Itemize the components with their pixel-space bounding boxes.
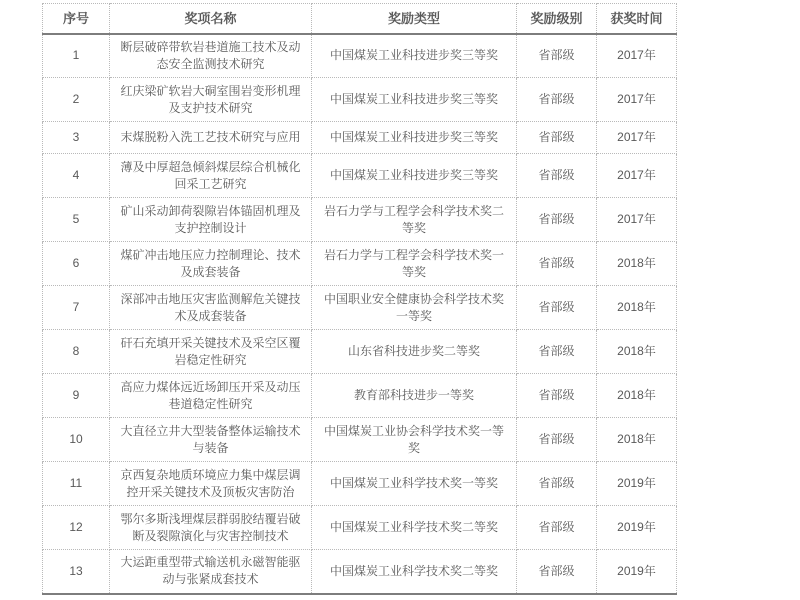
cell-award-year: 2017年 xyxy=(597,122,677,154)
table-row: 1 断层破碎带软岩巷道施工技术及动态安全监测技术研究 中国煤炭工业科技进步奖三等… xyxy=(43,34,677,78)
cell-award-type: 中国煤炭工业科技进步奖三等奖 xyxy=(312,34,517,78)
cell-award-year: 2018年 xyxy=(597,242,677,286)
cell-award-type: 中国煤炭工业科学技术奖二等奖 xyxy=(312,550,517,594)
cell-award-name: 薄及中厚超急倾斜煤层综合机械化回采工艺研究 xyxy=(110,154,312,198)
cell-seq: 2 xyxy=(43,78,110,122)
cell-award-year: 2018年 xyxy=(597,330,677,374)
cell-award-year: 2019年 xyxy=(597,506,677,550)
cell-award-name: 末煤脱粉入洗工艺技术研究与应用 xyxy=(110,122,312,154)
table-row: 4 薄及中厚超急倾斜煤层综合机械化回采工艺研究 中国煤炭工业科技进步奖三等奖 省… xyxy=(43,154,677,198)
cell-award-type: 中国煤炭工业协会科学技术奖一等奖 xyxy=(312,418,517,462)
table-row: 11 京西复杂地质环境应力集中煤层调控开采关键技术及顶板灾害防治 中国煤炭工业科… xyxy=(43,462,677,506)
table-row: 10 大直径立井大型装备整体运输技术与装备 中国煤炭工业协会科学技术奖一等奖 省… xyxy=(43,418,677,462)
cell-award-year: 2018年 xyxy=(597,286,677,330)
cell-award-name: 煤矿冲击地压应力控制理论、技术及成套装备 xyxy=(110,242,312,286)
cell-award-level: 省部级 xyxy=(517,330,597,374)
table-row: 2 红庆梁矿软岩大硐室围岩变形机理及支护技术研究 中国煤炭工业科技进步奖三等奖 … xyxy=(43,78,677,122)
column-header-award-type: 奖励类型 xyxy=(312,4,517,34)
cell-award-name: 京西复杂地质环境应力集中煤层调控开采关键技术及顶板灾害防治 xyxy=(110,462,312,506)
cell-seq: 6 xyxy=(43,242,110,286)
cell-award-type: 中国煤炭工业科技进步奖三等奖 xyxy=(312,122,517,154)
column-header-seq: 序号 xyxy=(43,4,110,34)
cell-award-level: 省部级 xyxy=(517,242,597,286)
table-row: 13 大运距重型带式输送机永磁智能驱动与张紧成套技术 中国煤炭工业科学技术奖二等… xyxy=(43,550,677,594)
cell-award-level: 省部级 xyxy=(517,550,597,594)
cell-seq: 1 xyxy=(43,34,110,78)
cell-seq: 13 xyxy=(43,550,110,594)
table-row: 9 高应力煤体远近场卸压开采及动压巷道稳定性研究 教育部科技进步一等奖 省部级 … xyxy=(43,374,677,418)
cell-award-type: 教育部科技进步一等奖 xyxy=(312,374,517,418)
cell-seq: 5 xyxy=(43,198,110,242)
cell-seq: 12 xyxy=(43,506,110,550)
table-row: 6 煤矿冲击地压应力控制理论、技术及成套装备 岩石力学与工程学会科学技术奖一等奖… xyxy=(43,242,677,286)
cell-award-year: 2017年 xyxy=(597,78,677,122)
cell-award-level: 省部级 xyxy=(517,462,597,506)
cell-award-level: 省部级 xyxy=(517,506,597,550)
cell-award-year: 2017年 xyxy=(597,198,677,242)
cell-award-type: 岩石力学与工程学会科学技术奖一等奖 xyxy=(312,242,517,286)
cell-seq: 7 xyxy=(43,286,110,330)
cell-award-year: 2019年 xyxy=(597,462,677,506)
cell-award-level: 省部级 xyxy=(517,198,597,242)
cell-award-name: 深部冲击地压灾害监测解危关键技术及成套装备 xyxy=(110,286,312,330)
cell-seq: 8 xyxy=(43,330,110,374)
table-row: 12 鄂尔多斯浅埋煤层群弱胶结覆岩破断及裂隙演化与灾害控制技术 中国煤炭工业科学… xyxy=(43,506,677,550)
table-row: 7 深部冲击地压灾害监测解危关键技术及成套装备 中国职业安全健康协会科学技术奖一… xyxy=(43,286,677,330)
cell-award-type: 中国煤炭工业科技进步奖三等奖 xyxy=(312,78,517,122)
cell-award-year: 2019年 xyxy=(597,550,677,594)
cell-award-year: 2018年 xyxy=(597,418,677,462)
cell-award-type: 中国煤炭工业科技进步奖三等奖 xyxy=(312,154,517,198)
cell-seq: 9 xyxy=(43,374,110,418)
awards-table: 序号 奖项名称 奖励类型 奖励级别 获奖时间 1 断层破碎带软岩巷道施工技术及动… xyxy=(42,3,677,595)
table-row: 5 矿山采动卸荷裂隙岩体锚固机理及支护控制设计 岩石力学与工程学会科学技术奖二等… xyxy=(43,198,677,242)
cell-seq: 4 xyxy=(43,154,110,198)
column-header-award-name: 奖项名称 xyxy=(110,4,312,34)
cell-award-name: 矸石充填开采关键技术及采空区覆岩稳定性研究 xyxy=(110,330,312,374)
cell-award-type: 中国职业安全健康协会科学技术奖一等奖 xyxy=(312,286,517,330)
column-header-award-year: 获奖时间 xyxy=(597,4,677,34)
cell-award-type: 岩石力学与工程学会科学技术奖二等奖 xyxy=(312,198,517,242)
cell-award-year: 2017年 xyxy=(597,34,677,78)
header-row: 序号 奖项名称 奖励类型 奖励级别 获奖时间 xyxy=(43,4,677,34)
column-header-award-level: 奖励级别 xyxy=(517,4,597,34)
cell-seq: 3 xyxy=(43,122,110,154)
awards-table-page: 序号 奖项名称 奖励类型 奖励级别 获奖时间 1 断层破碎带软岩巷道施工技术及动… xyxy=(0,0,800,600)
cell-award-type: 中国煤炭工业科学技术奖一等奖 xyxy=(312,462,517,506)
cell-award-level: 省部级 xyxy=(517,122,597,154)
cell-award-name: 断层破碎带软岩巷道施工技术及动态安全监测技术研究 xyxy=(110,34,312,78)
cell-award-name: 大直径立井大型装备整体运输技术与装备 xyxy=(110,418,312,462)
cell-award-year: 2017年 xyxy=(597,154,677,198)
cell-award-year: 2018年 xyxy=(597,374,677,418)
cell-award-name: 大运距重型带式输送机永磁智能驱动与张紧成套技术 xyxy=(110,550,312,594)
cell-award-name: 红庆梁矿软岩大硐室围岩变形机理及支护技术研究 xyxy=(110,78,312,122)
cell-award-level: 省部级 xyxy=(517,34,597,78)
cell-award-name: 高应力煤体远近场卸压开采及动压巷道稳定性研究 xyxy=(110,374,312,418)
cell-award-type: 中国煤炭工业科学技术奖二等奖 xyxy=(312,506,517,550)
cell-seq: 11 xyxy=(43,462,110,506)
table-row: 3 末煤脱粉入洗工艺技术研究与应用 中国煤炭工业科技进步奖三等奖 省部级 201… xyxy=(43,122,677,154)
cell-award-level: 省部级 xyxy=(517,374,597,418)
cell-award-name: 鄂尔多斯浅埋煤层群弱胶结覆岩破断及裂隙演化与灾害控制技术 xyxy=(110,506,312,550)
cell-award-level: 省部级 xyxy=(517,154,597,198)
cell-award-type: 山东省科技进步奖二等奖 xyxy=(312,330,517,374)
cell-award-name: 矿山采动卸荷裂隙岩体锚固机理及支护控制设计 xyxy=(110,198,312,242)
cell-award-level: 省部级 xyxy=(517,418,597,462)
cell-award-level: 省部级 xyxy=(517,78,597,122)
cell-seq: 10 xyxy=(43,418,110,462)
cell-award-level: 省部级 xyxy=(517,286,597,330)
table-row: 8 矸石充填开采关键技术及采空区覆岩稳定性研究 山东省科技进步奖二等奖 省部级 … xyxy=(43,330,677,374)
